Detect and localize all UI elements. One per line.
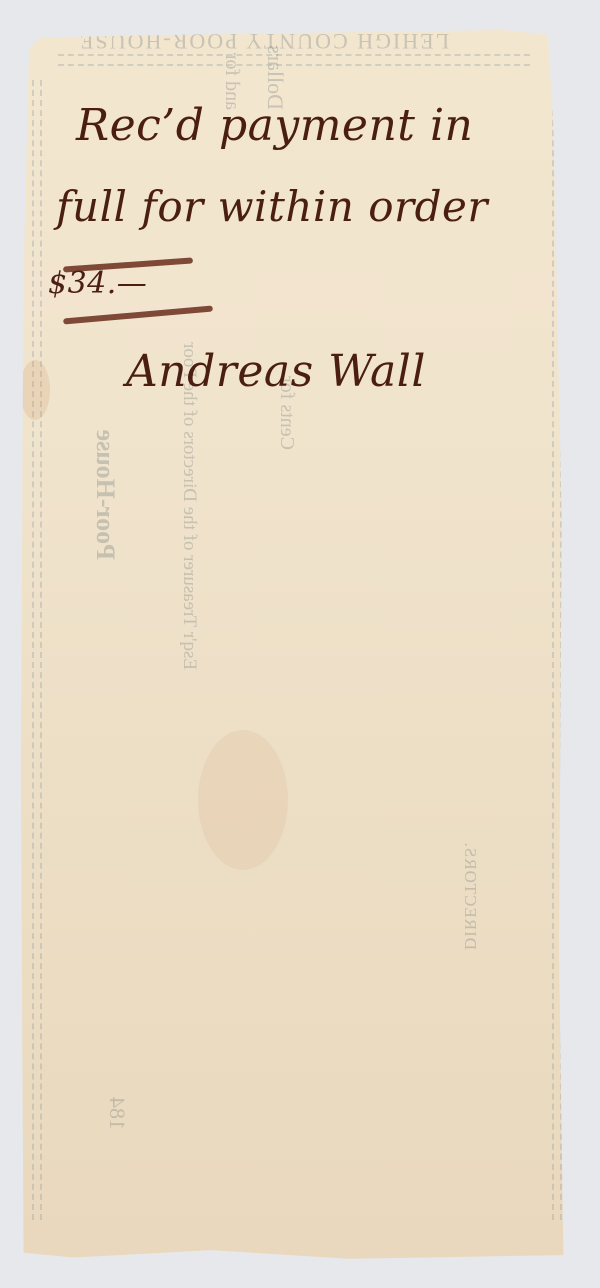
ornamental-border-left — [32, 80, 42, 1220]
paper-stain — [20, 360, 50, 420]
document-paper: LEHIGH COUNTY POOR-HOUSE Dollars and for… — [18, 30, 570, 1260]
handwritten-amount: $34.— — [48, 266, 147, 301]
paper-stain — [198, 730, 288, 870]
bleed-year: 184 — [104, 1097, 130, 1130]
ornamental-border-top — [58, 54, 530, 66]
signature: Andreas Wall — [126, 346, 426, 397]
bleed-directors: DIRECTORS. — [460, 842, 480, 950]
bleed-poor-house: Poor-House — [90, 430, 120, 560]
handwritten-line-2: full for within order — [56, 182, 488, 231]
ornamental-border-right — [552, 80, 562, 1220]
amount-underline-bottom — [63, 305, 213, 324]
handwritten-line-1: Rec’d payment in — [76, 100, 473, 151]
